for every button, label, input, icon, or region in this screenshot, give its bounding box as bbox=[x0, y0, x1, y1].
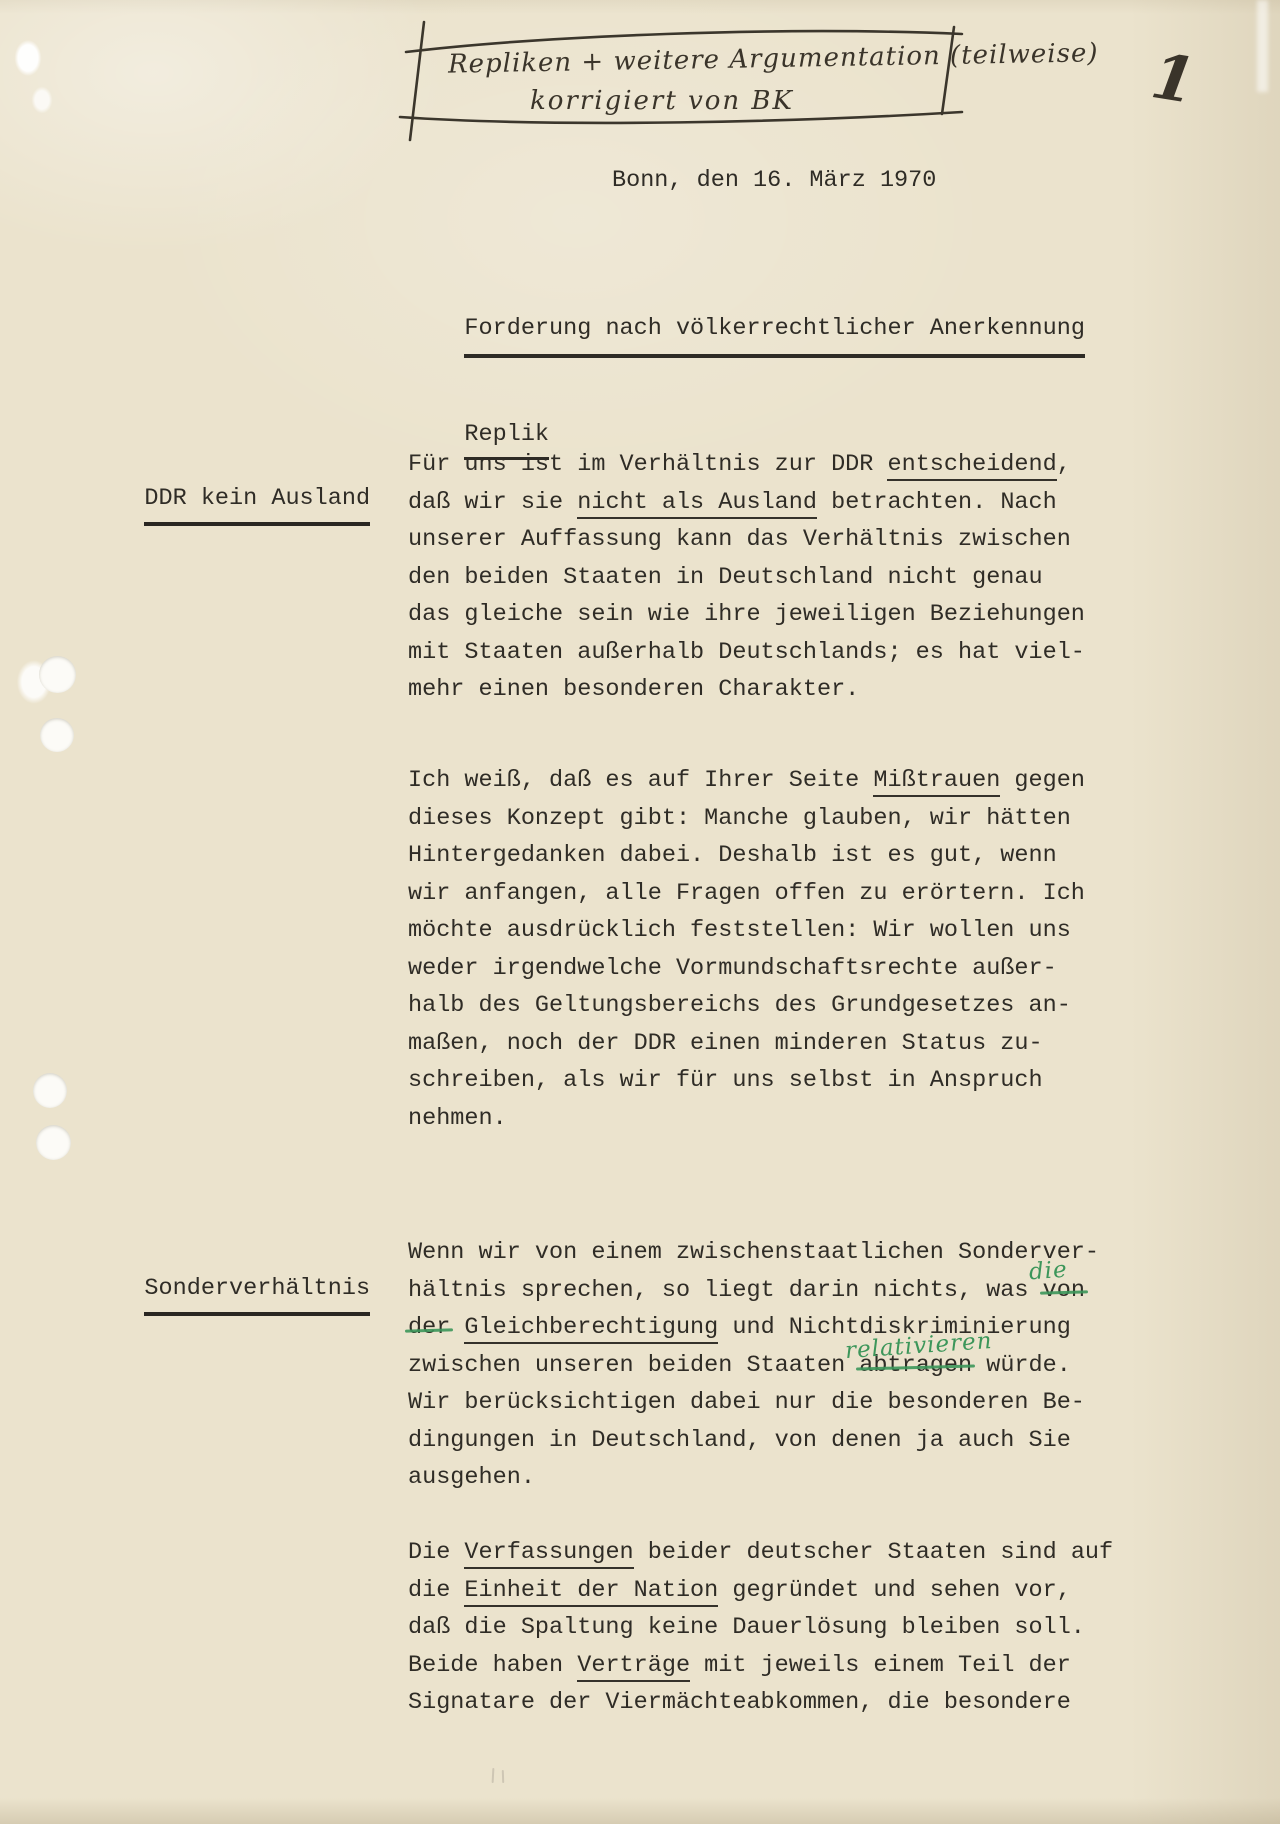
green-handwritten-correction: die bbox=[1027, 1251, 1068, 1291]
typed-text: Ich weiß, daß es auf Ihrer Seite bbox=[408, 767, 873, 794]
underlined-word: Gleichberechtigung bbox=[464, 1314, 718, 1344]
date-line: Bonn, den 16. März 1970 bbox=[612, 162, 936, 200]
typed-line: ausgehen. bbox=[408, 1459, 1099, 1497]
typed-text: gegen bbox=[1000, 767, 1085, 794]
struck-word: vondie bbox=[1043, 1277, 1085, 1304]
typed-line: daß wir sie nicht als Ausland betrachten… bbox=[408, 484, 1085, 522]
typed-text: daß wir sie bbox=[408, 489, 577, 516]
typed-text: Beide haben bbox=[408, 1652, 577, 1679]
typed-text: zwischen unseren beiden Staaten bbox=[408, 1352, 859, 1379]
typed-line: wir anfangen, alle Fragen offen zu erört… bbox=[408, 875, 1085, 913]
typed-line: schreiben, als wir für uns selbst in Ans… bbox=[408, 1062, 1085, 1100]
typed-text bbox=[450, 1314, 464, 1341]
typed-text: mit jeweils einem Teil der bbox=[690, 1652, 1071, 1679]
underlined-word: Einheit der Nation bbox=[464, 1577, 718, 1607]
typed-text: wir anfangen, alle Fragen offen zu erört… bbox=[408, 880, 1085, 907]
typed-text: mehr einen besonderen Charakter. bbox=[408, 676, 859, 703]
underlined-word: nicht als Ausland bbox=[577, 489, 817, 519]
typed-line: Signatare der Viermächteabkommen, die be… bbox=[408, 1684, 1113, 1722]
typed-text: dieses Konzept gibt: Manche glauben, wir… bbox=[408, 805, 1071, 832]
typed-text: Wenn wir von einem zwischenstaatlichen S… bbox=[408, 1239, 1099, 1266]
typed-text: Für uns ist im Verhältnis zur DDR bbox=[408, 451, 887, 478]
typed-text: Die bbox=[408, 1539, 464, 1566]
typed-text: maßen, noch der DDR einen minderen Statu… bbox=[408, 1030, 1043, 1057]
page-edge-highlight bbox=[1257, 0, 1268, 92]
margin-note-sonderverhaeltnis: Sonderverhältnis bbox=[88, 1232, 370, 1354]
typed-line: dingungen in Deutschland, von denen ja a… bbox=[408, 1422, 1099, 1460]
typed-line: Die Verfassungen beider deutscher Staate… bbox=[408, 1534, 1113, 1572]
typed-line: mit Staaten außerhalb Deutschlands; es h… bbox=[408, 634, 1085, 672]
typed-line: der Gleichberechtigung und Nichtdiskrimi… bbox=[408, 1309, 1099, 1347]
typed-line: Hintergedanken dabei. Deshalb ist es gut… bbox=[408, 837, 1085, 875]
typed-line: hältnis sprechen, so liegt darin nichts,… bbox=[408, 1272, 1099, 1310]
typed-text: mit Staaten außerhalb Deutschlands; es h… bbox=[408, 639, 1085, 666]
typed-line: das gleiche sein wie ihre jeweiligen Bez… bbox=[408, 596, 1085, 634]
hole-punch bbox=[33, 1073, 67, 1108]
underlined-word: entscheidend bbox=[887, 451, 1056, 481]
typed-text: Hintergedanken dabei. Deshalb ist es gut… bbox=[408, 842, 1057, 869]
annotation-text-line: korrigiert von BK bbox=[530, 86, 794, 116]
typed-line: die Einheit der Nation gegründet und seh… bbox=[408, 1572, 1113, 1610]
typed-line: maßen, noch der DDR einen minderen Statu… bbox=[408, 1025, 1085, 1063]
typed-text: halb des Geltungsbereichs des Grundgeset… bbox=[408, 992, 1071, 1019]
paragraph-1: Für uns ist im Verhältnis zur DDR entsch… bbox=[408, 446, 1085, 709]
typed-line: mehr einen besonderen Charakter. bbox=[408, 671, 1085, 709]
underlined-word: Mißtrauen bbox=[873, 767, 1000, 797]
underlined-word: Verträge bbox=[577, 1652, 690, 1682]
hole-punch bbox=[39, 656, 76, 693]
typed-text: Wir berücksichtigen dabei nur die besond… bbox=[408, 1389, 1085, 1416]
typed-text: daß die Spaltung keine Dauerlösung bleib… bbox=[408, 1614, 1085, 1641]
typed-line: zwischen unseren beiden Staaten abtragen… bbox=[408, 1347, 1099, 1385]
typed-line: dieses Konzept gibt: Manche glauben, wir… bbox=[408, 800, 1085, 838]
typed-text: beider deutscher Staaten sind auf bbox=[634, 1539, 1113, 1566]
hole-punch bbox=[36, 1125, 71, 1160]
typed-text: ausgehen. bbox=[408, 1464, 535, 1491]
typed-text: Signatare der Viermächteabkommen, die be… bbox=[408, 1689, 1071, 1716]
typed-text: dingungen in Deutschland, von denen ja a… bbox=[408, 1427, 1071, 1454]
typed-text: , bbox=[1057, 451, 1071, 478]
typed-line: den beiden Staaten in Deutschland nicht … bbox=[408, 559, 1085, 597]
typed-text: unserer Auffassung kann das Verhältnis z… bbox=[408, 526, 1071, 553]
typed-line: Für uns ist im Verhältnis zur DDR entsch… bbox=[408, 446, 1085, 484]
typed-text: weder irgendwelche Vormundschaftsrechte … bbox=[408, 955, 1057, 982]
document-page: Repliken + weitere Argumentation (teilwe… bbox=[0, 0, 1280, 1824]
typed-line: Ich weiß, daß es auf Ihrer Seite Mißtrau… bbox=[408, 762, 1085, 800]
pencil-smudge bbox=[492, 1768, 495, 1783]
typed-line: halb des Geltungsbereichs des Grundgeset… bbox=[408, 987, 1085, 1025]
paragraph-2: Ich weiß, daß es auf Ihrer Seite Mißtrau… bbox=[408, 762, 1085, 1137]
struck-word: der bbox=[408, 1314, 450, 1341]
underlined-word: Verfassungen bbox=[464, 1539, 633, 1569]
document-title: Forderung nach völkerrechtlicher Anerken… bbox=[408, 272, 1085, 396]
typed-line: nehmen. bbox=[408, 1100, 1085, 1138]
typed-line: unserer Auffassung kann das Verhältnis z… bbox=[408, 521, 1085, 559]
pencil-smudge bbox=[502, 1770, 504, 1783]
paragraph-4: Die Verfassungen beider deutscher Staate… bbox=[408, 1534, 1113, 1722]
margin-note-ddr-kein-ausland: DDR kein Ausland bbox=[88, 442, 370, 564]
typed-text: schreiben, als wir für uns selbst in Ans… bbox=[408, 1067, 1043, 1094]
struck-word: abtragenrelativieren bbox=[859, 1352, 972, 1379]
typed-line: weder irgendwelche Vormundschaftsrechte … bbox=[408, 950, 1085, 988]
typed-line: daß die Spaltung keine Dauerlösung bleib… bbox=[408, 1609, 1113, 1647]
typed-text: den beiden Staaten in Deutschland nicht … bbox=[408, 564, 1043, 591]
typed-text: die bbox=[408, 1577, 464, 1604]
typed-text: nehmen. bbox=[408, 1105, 507, 1132]
typed-line: Wenn wir von einem zwischenstaatlichen S… bbox=[408, 1234, 1099, 1272]
typed-text: hältnis sprechen, so liegt darin nichts,… bbox=[408, 1277, 1043, 1304]
document-title-text: Forderung nach völkerrechtlicher Anerken… bbox=[464, 310, 1085, 359]
typed-line: Wir berücksichtigen dabei nur die besond… bbox=[408, 1384, 1099, 1422]
handwritten-annotation-box: Repliken + weitere Argumentation (teilwe… bbox=[400, 22, 968, 134]
typed-line: Beide haben Verträge mit jeweils einem T… bbox=[408, 1647, 1113, 1685]
page-number: 1 bbox=[1147, 39, 1201, 118]
typed-text: möchte ausdrücklich feststellen: Wir wol… bbox=[408, 917, 1071, 944]
typed-text: das gleiche sein wie ihre jeweiligen Bez… bbox=[408, 601, 1085, 628]
hole-punch bbox=[40, 718, 74, 752]
typed-text: gegründet und sehen vor, bbox=[718, 1577, 1071, 1604]
typed-line: möchte ausdrücklich feststellen: Wir wol… bbox=[408, 912, 1085, 950]
typed-text: betrachten. Nach bbox=[817, 489, 1057, 516]
paragraph-3: Wenn wir von einem zwischenstaatlichen S… bbox=[408, 1234, 1099, 1497]
